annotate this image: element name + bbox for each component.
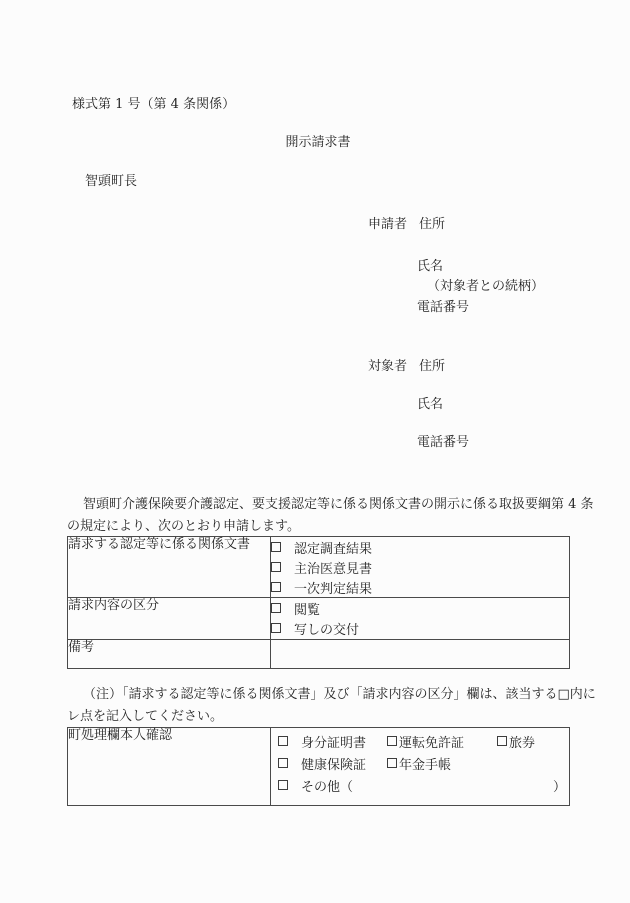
request-documents-label: 請求する認定等に係る関係文書 — [68, 537, 271, 598]
option-label: その他（ — [301, 776, 353, 795]
document-title: 開示請求書 — [67, 136, 569, 149]
note-line1: （注）「請求する認定等に係る関係文書」及び「請求内容の区分」欄は、該当する□内に — [67, 688, 596, 701]
subject-address-label: 住所 — [419, 359, 445, 374]
remarks-label: 備考 — [68, 640, 271, 669]
subject-role-label: 対象者 — [368, 359, 407, 374]
subject-name-label: 氏名 — [417, 398, 443, 411]
request-table: 請求する認定等に係る関係文書 認定調査結果 主治医意見書 一次判定結果 請求内容… — [67, 536, 570, 669]
option-inspection: 閲覧 — [271, 598, 569, 618]
option-copy-delivery: 写しの交付 — [271, 618, 569, 638]
option-label: 身分証明書 — [301, 732, 366, 751]
office-check-label: 町処理欄本人確認 — [68, 728, 271, 806]
checkbox-other[interactable] — [278, 780, 288, 790]
option-label: 健康保険証 — [301, 754, 366, 773]
applicant-role-label: 申請者 — [368, 217, 407, 232]
checkbox-health-insurance-card[interactable] — [278, 758, 288, 768]
option-label: 旅券 — [509, 732, 535, 751]
table-row: 備考 — [68, 640, 570, 669]
option-label: 運転免許証 — [399, 732, 464, 751]
checkbox-pension-book[interactable] — [387, 758, 397, 768]
request-category-label: 請求内容の区分 — [68, 598, 271, 640]
checkbox-copy-delivery[interactable] — [271, 623, 281, 633]
table-row: 請求する認定等に係る関係文書 認定調査結果 主治医意見書 一次判定結果 — [68, 537, 570, 598]
checkbox-id-certificate[interactable] — [278, 736, 288, 746]
checkbox-inspection[interactable] — [271, 603, 281, 613]
body-paragraph-line1: 智頭町介護保険要介護認定、要支援認定等に係る関係文書の開示に係る取扱要綱第 4 … — [67, 498, 594, 511]
table-row: 町処理欄本人確認 身分証明書 運転免許証 旅券 — [68, 728, 570, 806]
checkbox-certification-survey-result[interactable] — [271, 542, 281, 552]
option-label: 主治医意見書 — [294, 558, 372, 577]
form-number: 様式第 1 号（第 4 条関係） — [72, 98, 235, 111]
checkbox-primary-judgement-result[interactable] — [271, 582, 281, 592]
option-other: その他（ — [278, 774, 353, 796]
remarks-empty-cell — [271, 640, 570, 669]
applicant-address-label: 住所 — [419, 217, 445, 232]
checkbox-passport[interactable] — [497, 736, 507, 746]
option-attending-doctor-opinion: 主治医意見書 — [271, 557, 569, 577]
office-table: 町処理欄本人確認 身分証明書 運転免許証 旅券 — [67, 727, 570, 806]
option-certification-survey-result: 認定調査結果 — [271, 537, 569, 557]
option-id-certificate: 身分証明書 — [278, 730, 366, 752]
subject-address-row: 対象者住所 — [368, 360, 445, 373]
applicant-address-row: 申請者住所 — [368, 218, 445, 231]
addressee: 智頭町長 — [85, 175, 137, 188]
subject-phone-label: 電話番号 — [417, 436, 469, 449]
option-label: 写しの交付 — [294, 619, 359, 638]
option-label: 閲覧 — [294, 599, 320, 618]
checkbox-attending-doctor-opinion[interactable] — [271, 562, 281, 572]
option-label: 認定調査結果 — [294, 538, 372, 557]
option-drivers-license: 運転免許証 — [387, 730, 464, 752]
option-label: 一次判定結果 — [294, 578, 372, 597]
table-row: 請求内容の区分 閲覧 写しの交付 — [68, 598, 570, 640]
option-pension-book: 年金手帳 — [387, 752, 451, 774]
applicant-name-label: 氏名 — [417, 260, 443, 273]
option-passport: 旅券 — [497, 730, 535, 752]
option-primary-judgement-result: 一次判定結果 — [271, 577, 569, 597]
option-health-insurance-card: 健康保険証 — [278, 752, 366, 774]
document-page: 様式第 1 号（第 4 条関係） 開示請求書 智頭町長 申請者住所 氏名 （対象… — [0, 0, 630, 903]
option-label: 年金手帳 — [399, 754, 451, 773]
body-paragraph-line2: の規定により、次のとおり申請します。 — [67, 520, 300, 533]
applicant-phone-label: 電話番号 — [417, 301, 469, 314]
checkbox-drivers-license[interactable] — [387, 736, 397, 746]
other-closing-paren: ） — [553, 774, 566, 796]
applicant-relation-label: （対象者との続柄） — [427, 280, 544, 293]
note-line2: レ点を記入してください。 — [67, 710, 223, 723]
